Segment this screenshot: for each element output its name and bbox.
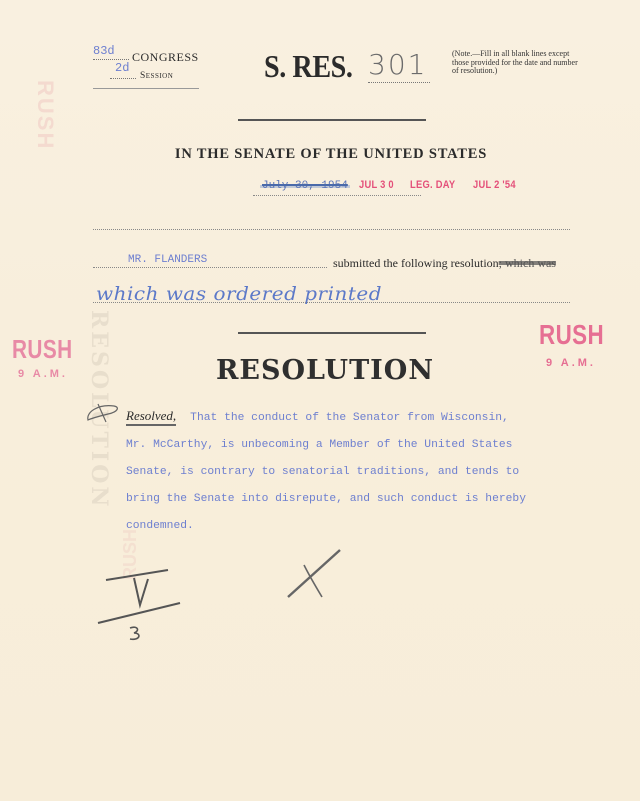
- submitted-text: submitted the following resolution: [333, 256, 499, 270]
- struck-text: ; which was: [499, 256, 556, 270]
- document-page: RUSH RESOLUTION RUSH 83d CONGRESS 2d Ses…: [0, 0, 640, 801]
- session-dotted-line: [110, 78, 136, 79]
- blank-dotted-line: [93, 229, 570, 230]
- bill-number: 301: [368, 48, 427, 81]
- congress-number: 83d: [93, 44, 115, 58]
- sponsor-dotted-line: [93, 267, 327, 268]
- pencil-x-mark-icon: [286, 545, 346, 605]
- bill-prefix: S. RES.: [264, 48, 352, 85]
- resolution-line: Mr. McCarthy, is unbecoming a Member of …: [126, 432, 546, 459]
- congress-label: CONGRESS: [132, 50, 199, 65]
- date-dotted-line: [253, 195, 421, 196]
- header-rule: [93, 88, 199, 89]
- leg-day-stamp: LEG. DAY: [410, 179, 455, 191]
- session-label: Session: [140, 71, 173, 81]
- resolution-line: Resolved,That the conduct of the Senator…: [126, 402, 546, 432]
- fill-in-note: (Note.—Fill in all blank lines except th…: [452, 50, 580, 76]
- top-rule: [238, 119, 426, 121]
- sponsor-name: MR. FLANDERS: [128, 254, 207, 266]
- resolution-body: Resolved,That the conduct of the Senator…: [126, 402, 546, 540]
- pencil-loop-mark-icon: [84, 400, 124, 424]
- middle-rule: [238, 332, 426, 334]
- pencil-roman-five-mark-icon: [96, 565, 186, 655]
- received-stamp: JUL 3 0: [359, 179, 394, 191]
- ghost-rush-stamp: RUSH: [32, 80, 58, 150]
- session-number: 2d: [115, 61, 129, 75]
- submitted-statement: submitted the following resolution; whic…: [333, 256, 556, 271]
- date-row: July 30, 1954 JUL 3 0 LEG. DAY JUL 2 '54: [260, 178, 523, 192]
- resolution-line: condemned.: [126, 513, 546, 540]
- chamber-heading: IN THE SENATE OF THE UNITED STATES: [0, 146, 640, 163]
- rush-stamp-right: RUSH: [539, 319, 604, 351]
- resolution-line: bring the Senate into disrepute, and suc…: [126, 486, 546, 513]
- resolution-line: Senate, is contrary to senatorial tradit…: [126, 459, 546, 486]
- bill-number-dotted-line: [368, 82, 430, 83]
- congress-dotted-line: [93, 59, 129, 60]
- typed-date-struck: July 30, 1954: [260, 180, 350, 192]
- resolved-word: Resolved,: [126, 408, 176, 426]
- handwritten-dotted-line: [93, 302, 570, 303]
- leg-date-stamp: JUL 2 '54: [473, 179, 516, 191]
- resolution-title: RESOLUTION: [0, 355, 640, 386]
